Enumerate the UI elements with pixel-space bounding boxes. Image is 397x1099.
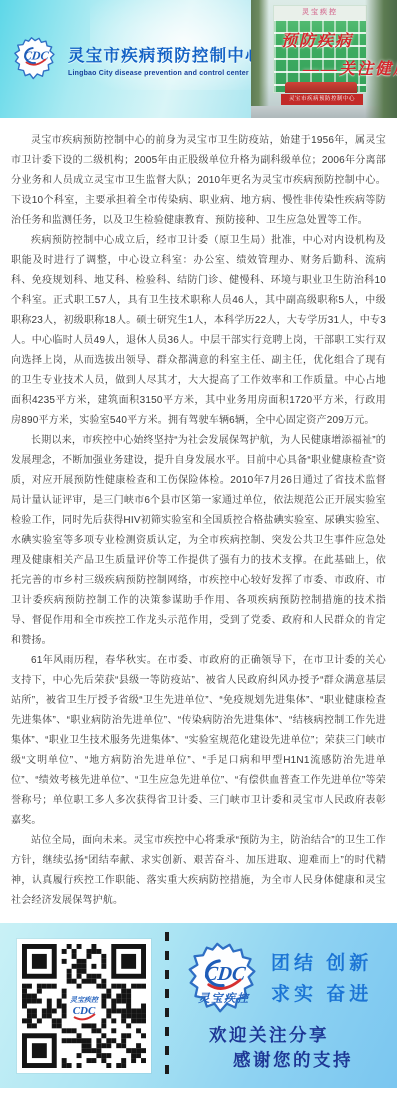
slogan-line-2: 求实 奋进 — [271, 979, 372, 1010]
paragraph-development: 长期以来，市疾控中心始终坚持“为社会发展保驾护航，为人民健康增添福祉”的发展理念… — [11, 431, 386, 651]
qr-code[interactable]: 灵宝疾控 CDC — [17, 939, 151, 1073]
cdc-map-logo-footer-icon: CDC 灵宝疾控 — [183, 941, 263, 1017]
building-awning — [285, 82, 357, 93]
paragraph-organization: 疾病预防控制中心成立后，经市卫计委（原卫生局）批准，中心对内设机构及职能及时进行… — [11, 231, 386, 431]
photo-slogan-line2: ——关注健康 — [303, 56, 397, 79]
building-banner: 灵宝市疾病预防控制中心 — [281, 94, 363, 105]
svg-text:CDC: CDC — [203, 962, 247, 984]
photo-slogan-line1: 预防疾病 — [281, 28, 353, 51]
dashed-divider — [165, 932, 169, 1080]
svg-text:CDC: CDC — [23, 49, 50, 63]
svg-text:灵宝疾控: 灵宝疾控 — [69, 995, 100, 1004]
slogan-text: 团结 创新 求实 奋进 — [271, 948, 372, 1010]
article-body: 灵宝市疾病预防控制中心的前身为灵宝市卫生防疫站，始建于1956年，属灵宝市卫计委… — [0, 118, 397, 915]
tree-left — [251, 0, 269, 118]
cdc-map-logo-icon: CDC — [6, 36, 64, 82]
svg-text:灵宝疾控: 灵宝疾控 — [197, 991, 250, 1004]
welcome-text: 欢迎关注分享 感谢您的支持 — [181, 1023, 397, 1073]
slogan-line-1: 团结 创新 — [271, 948, 372, 979]
building-sign: 灵宝疾控 — [274, 6, 366, 20]
page-title: 灵宝市疾病预防控制中心 — [68, 42, 253, 66]
bottom-margin — [0, 1088, 397, 1099]
paragraph-honors: 61年风雨历程，春华秋实。在市委、市政府的正确领导下，在市卫计委的关心支持下，中… — [11, 651, 386, 831]
header-banner: CDC 灵宝市疾病预防控制中心 Lingbao City disease pre… — [0, 0, 397, 118]
paragraph-future: 站位全局，面向未来。灵宝市疾控中心将秉承“预防为主，防治结合”的卫生工作方针，继… — [11, 831, 386, 911]
welcome-line-2: 感谢您的支持 — [233, 1048, 397, 1073]
footer-banner: 灵宝疾控 CDC CDC 灵宝疾控 团结 创新 求实 奋进 欢迎关注分享 感谢您… — [0, 923, 397, 1088]
welcome-line-1: 欢迎关注分享 — [209, 1023, 397, 1048]
page-subtitle: Lingbao City disease prevention and cont… — [68, 70, 253, 77]
article-page: CDC 灵宝市疾病预防控制中心 Lingbao City disease pre… — [0, 0, 397, 1099]
paragraph-history: 灵宝市疾病预防控制中心的前身为灵宝市卫生防疫站，始建于1956年，属灵宝市卫计委… — [11, 131, 386, 231]
building-photo: 灵宝疾控 灵宝市疾病预防控制中心 预防疾病 ——关注健康 — [251, 0, 397, 118]
header-titles: 灵宝市疾病预防控制中心 Lingbao City disease prevent… — [68, 42, 253, 77]
footer-content: CDC 灵宝疾控 团结 创新 求实 奋进 欢迎关注分享 感谢您的支持 — [181, 939, 397, 1073]
